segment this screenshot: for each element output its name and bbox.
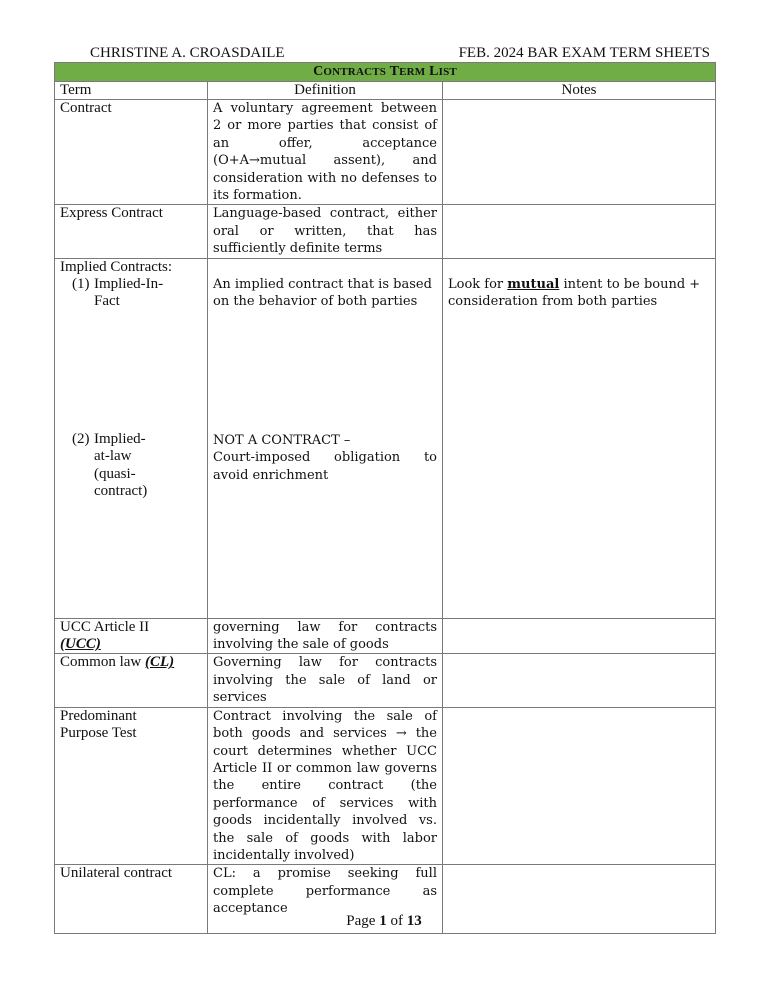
column-header-row: Term Definition Notes bbox=[55, 82, 716, 100]
table-title: CONTRACTS TERM LIST bbox=[55, 63, 716, 82]
table-row: Implied Contracts: (1) Implied-In-Fact (… bbox=[55, 258, 716, 618]
table-row: Express Contract Language-based contract… bbox=[55, 205, 716, 258]
notes-cell bbox=[443, 707, 716, 865]
definition-cell: Governing law for contracts involving th… bbox=[208, 654, 443, 707]
column-header-notes: Notes bbox=[443, 82, 716, 100]
term-cell: Predominant Purpose Test bbox=[55, 707, 208, 865]
term-cell: Implied Contracts: (1) Implied-In-Fact (… bbox=[55, 258, 208, 618]
table-row: UCC Article II (UCC) governing law for c… bbox=[55, 618, 716, 654]
document-title: FEB. 2024 BAR EXAM TERM SHEETS bbox=[459, 44, 710, 62]
definition-cell: Contract involving the sale of both good… bbox=[208, 707, 443, 865]
term-cell: UCC Article II (UCC) bbox=[55, 618, 208, 654]
spacer bbox=[213, 259, 437, 276]
contracts-term-table: CONTRACTS TERM LIST Term Definition Note… bbox=[54, 62, 716, 934]
current-page-number: 1 bbox=[379, 913, 387, 929]
definition-cell: An implied contract that is based on the… bbox=[208, 258, 443, 618]
column-header-definition: Definition bbox=[208, 82, 443, 100]
term-heading: Implied Contracts: bbox=[60, 259, 202, 276]
definition-implied-in-fact: An implied contract that is based on the… bbox=[213, 276, 437, 311]
notes-cell: Look for mutual intent to be bound + con… bbox=[443, 258, 716, 618]
notes-text: Look for bbox=[448, 277, 507, 292]
subterm-number: (1) bbox=[72, 276, 94, 311]
subterm-name: Implied-In-Fact bbox=[94, 276, 174, 311]
spacer bbox=[213, 311, 437, 432]
page-label: Page bbox=[346, 913, 379, 929]
total-page-count: 13 bbox=[407, 913, 422, 929]
author-name: CHRISTINE A. CROASDAILE bbox=[90, 44, 285, 62]
page-header: CHRISTINE A. CROASDAILE FEB. 2024 BAR EX… bbox=[54, 44, 714, 62]
definition-implied-at-law: Court-imposed obligation to avoid enrich… bbox=[213, 449, 437, 484]
table-row: Contract A voluntary agreement between 2… bbox=[55, 100, 716, 205]
term-abbreviation: (UCC) bbox=[60, 636, 101, 652]
notes-cell bbox=[443, 100, 716, 205]
page-footer: Page 1 of 13 bbox=[0, 913, 768, 930]
definition-cell: Language-based contract, either oral or … bbox=[208, 205, 443, 258]
table-row: Predominant Purpose Test Contract involv… bbox=[55, 707, 716, 865]
term-text: UCC Article II bbox=[60, 619, 149, 635]
term-cell: Contract bbox=[55, 100, 208, 205]
notes-cell bbox=[443, 654, 716, 707]
definition-cell: A voluntary agreement between 2 or more … bbox=[208, 100, 443, 205]
table-title-row: CONTRACTS TERM LIST bbox=[55, 63, 716, 82]
column-header-term: Term bbox=[55, 82, 208, 100]
page-of-label: of bbox=[387, 913, 407, 929]
definition-not-a-contract: NOT A CONTRACT – bbox=[213, 432, 437, 449]
notes-cell bbox=[443, 205, 716, 258]
subterm-implied-in-fact: (1) Implied-In-Fact bbox=[60, 276, 202, 311]
subterm-number: (2) bbox=[72, 431, 94, 501]
definition-cell: governing law for contracts involving th… bbox=[208, 618, 443, 654]
subterm-name: Implied-at-law (quasi-contract) bbox=[94, 431, 156, 501]
term-text: Common law bbox=[60, 654, 145, 670]
notes-implied-in-fact: Look for mutual intent to be bound + con… bbox=[448, 276, 710, 311]
notes-cell bbox=[443, 618, 716, 654]
spacer bbox=[448, 259, 710, 276]
term-cell: Express Contract bbox=[55, 205, 208, 258]
term-abbreviation: (CL) bbox=[145, 654, 174, 670]
notes-emphasis: mutual bbox=[507, 277, 559, 292]
table-row: Common law (CL) Governing law for contra… bbox=[55, 654, 716, 707]
subterm-implied-at-law: (2) Implied-at-law (quasi-contract) bbox=[60, 431, 202, 501]
term-cell: Common law (CL) bbox=[55, 654, 208, 707]
